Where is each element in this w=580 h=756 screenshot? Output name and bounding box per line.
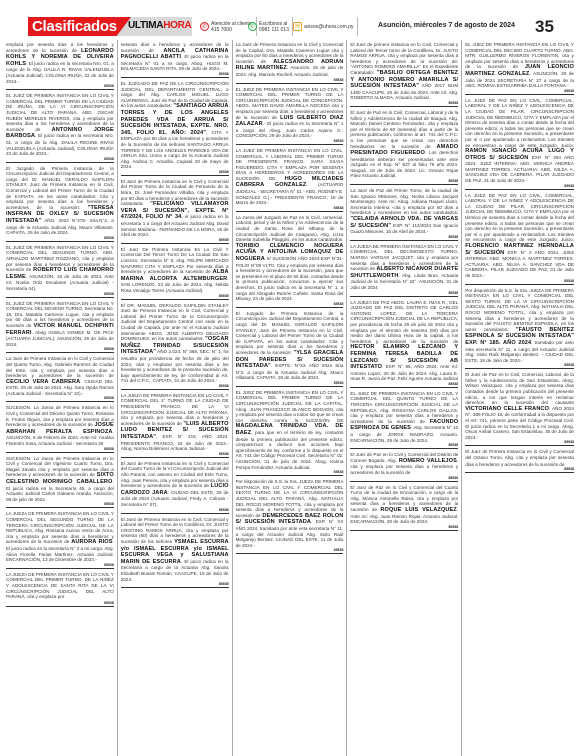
ad-code: 85538 bbox=[6, 502, 114, 506]
ad-decedent-name: VICTORIANO CELLE FRANCO bbox=[465, 406, 549, 412]
ad-code: 85538 bbox=[350, 291, 458, 295]
ad-code: 85538 bbox=[121, 294, 229, 298]
ad-code: 85538 bbox=[465, 440, 574, 444]
logo-accent: HORA bbox=[163, 20, 191, 31]
classified-ad: La Juez de Primera Instancia en lo Civil… bbox=[6, 354, 114, 402]
classified-ad: El Juzgado de Primera Instancia de la Ci… bbox=[236, 309, 344, 387]
classified-ad: EL JUEZ DE PRIMERA INSTANCIA EN LO CIVIL… bbox=[465, 40, 574, 95]
ad-code: 85538 bbox=[6, 396, 114, 400]
ad-decedent-name: ROQUE LUIS VELAZQUEZ bbox=[380, 507, 456, 513]
ad-text: La Juez de Paz del Primer Turno, de la c… bbox=[350, 188, 458, 215]
ad-code: 85538 bbox=[350, 443, 458, 447]
email-icon: ✉ bbox=[293, 22, 302, 31]
classified-ad: EL JUZGADO DE PAZ DE LA CIRCUNSCRIPCIÓN … bbox=[121, 79, 229, 176]
classified-ad: La Juez de Primera Instancia en lo Civil… bbox=[236, 40, 344, 84]
column-2: sesenta días a herederos y acreedores de… bbox=[118, 40, 233, 756]
newspaper-logo: ULTIMAHORA bbox=[128, 20, 191, 31]
ad-decedent-name: CECILIO VERA CABRERA bbox=[6, 379, 80, 385]
classified-ad: Por disposición de S.S. la Sra. JUEZA DE… bbox=[236, 477, 344, 554]
page-header: Clasificados ULTIMAHORA ✆ Atención al cl… bbox=[0, 0, 580, 38]
ad-text: La Jueza del Juzgado de Paz en lo Civil,… bbox=[236, 215, 344, 242]
classified-ad: LA JUEZA DE PRIMERA INSTANCIA EN LO CIVI… bbox=[350, 242, 458, 297]
ad-code: 85538 bbox=[121, 508, 229, 512]
classified-ad: El DR. MANUEL GERALDO SAIFILDIN STANLEY … bbox=[121, 301, 229, 390]
ad-code: 85538 bbox=[121, 452, 229, 456]
classified-ad: SUCESIÓN. La Jueza de Primera Instancia … bbox=[6, 403, 114, 452]
column-1: emplaza por sesenta días a los herederos… bbox=[3, 40, 118, 756]
classified-ad: EL JUEZ DE PRIMERA INSTANCIA EN LO CIVIL… bbox=[236, 85, 344, 145]
ad-text: El Juzgado de Primera Instancia de la Ci… bbox=[6, 166, 114, 210]
ad-text: LA JUEZ DE PAZ EN LO CIVIL, COMERCIAL, L… bbox=[465, 193, 574, 243]
ad-code: 85538 bbox=[6, 601, 114, 605]
ad-code: 85538 bbox=[236, 302, 344, 306]
ad-code: 85538 bbox=[6, 84, 114, 88]
ad-code: 85538 bbox=[121, 384, 229, 388]
contact-whatsapp-text: Escribinos al0981 111 013 bbox=[259, 21, 289, 33]
ad-code: 85538 bbox=[121, 170, 229, 174]
column-4: El Juez de primera instancia en lo Civil… bbox=[347, 40, 462, 756]
ad-code: 85538 bbox=[350, 101, 458, 105]
contact-email[interactable]: ✉ avisos@uhora.com.py bbox=[293, 17, 358, 36]
column-5: EL JUEZ DE PRIMERA INSTANCIA EN LO CIVIL… bbox=[462, 40, 577, 756]
logo-primary: ULTIMA bbox=[128, 20, 163, 31]
ad-text: LA JUEZ DE PAZ EN LO CIVIL, COMERCIAL, L… bbox=[465, 98, 574, 148]
classified-ad: El Juez de Paz en lo Civil y Comercial d… bbox=[350, 450, 458, 481]
classified-ad: EL JUEZ DE PRIMERA INSTANCIA EN LO CIVIL… bbox=[350, 389, 458, 449]
classified-ad: El Juez de Paz en lo Civil y Comercial d… bbox=[350, 483, 458, 531]
ad-code: 85538 bbox=[121, 238, 229, 242]
contact-phone-value: 415 7000 bbox=[211, 27, 232, 33]
ad-text-tail: , para que en el término de ley, contado… bbox=[236, 430, 344, 470]
ad-code: 85538 bbox=[350, 235, 458, 239]
ad-text-tail: , CITA Y EMPLAZA por 60 días a los hered… bbox=[121, 130, 229, 170]
classified-ad: El Juez de Primera Instancia en lo Civil… bbox=[121, 459, 229, 514]
ad-text: Por disposición de S.S. la Sra. JUEZA DE… bbox=[465, 288, 574, 332]
classified-ad: El Juez de Paz en lo Civil, Comercial, L… bbox=[350, 108, 458, 185]
ad-text: LA JUEZA DE PAZ ABOG. LAURA E. IMAS R., … bbox=[350, 300, 458, 344]
classifieds-columns: emplaza por sesenta días a los herederos… bbox=[3, 40, 577, 756]
ad-code: 85538 bbox=[6, 563, 114, 567]
ad-code: 85538 bbox=[465, 279, 574, 283]
classified-ad: El Juez de Primera Instancia en lo Civil… bbox=[121, 177, 229, 244]
ad-code: 85538 bbox=[236, 78, 344, 82]
classified-ad: LA JUEZA DE PRIMERA INSTANCIA EN LO CIVI… bbox=[121, 391, 229, 458]
ad-code: 85538 bbox=[350, 525, 458, 529]
classified-ad: sesenta días a herederos y acreedores de… bbox=[121, 40, 229, 78]
classified-ad: LA JUEZA DE PRIMERA INSTANCIA EN LO CIVI… bbox=[6, 570, 114, 607]
classified-ad: El Juez de Primera Instancia en lo Civil… bbox=[465, 447, 574, 473]
classified-ad: EL JUEZ DE PRIMERA INSTANCIA EN LO CIVIL… bbox=[6, 299, 114, 354]
classified-ad: El Juez de primera instancia en lo Civil… bbox=[350, 40, 458, 107]
classified-ad: LA JUEZA DE PRIMERA INSTANCIA EN LO CIVI… bbox=[6, 509, 114, 568]
column-3: La Juez de Primera Instancia en lo Civil… bbox=[233, 40, 348, 756]
ad-text: El Juzgado de Primera Instancia de la Ci… bbox=[236, 311, 344, 355]
classified-ad: LA JUEZ DE PAZ EN LO CIVIL, COMERCIAL, L… bbox=[465, 191, 574, 285]
classified-ad: El Juzgado de Primera Instancia de la Ci… bbox=[6, 164, 114, 242]
ad-code: 85538 bbox=[465, 467, 574, 471]
ad-code: 85538 bbox=[236, 470, 344, 474]
ad-code: 85538 bbox=[6, 347, 114, 351]
ad-code: 85538 bbox=[6, 447, 114, 451]
contact-phone-text: Atención al cliente:415 7000 bbox=[211, 21, 253, 33]
classified-ad: La Jueza del Juzgado de Paz en lo Civil,… bbox=[236, 213, 344, 308]
ad-text-tail: S/ SUCESIÓN AÑO 2024-EXP N°31-FOLIO N°09… bbox=[236, 256, 344, 301]
ad-code: 85538 bbox=[465, 363, 574, 367]
ad-code: 85538 bbox=[236, 139, 344, 143]
classified-ad: Por disposición de S.S. la Sra. JUEZA DE… bbox=[465, 286, 574, 370]
classified-ad: SUCESIÓN. La Jueza de Primera Instancia … bbox=[6, 454, 114, 509]
ad-code: 85538 bbox=[6, 236, 114, 240]
page-number: 35 bbox=[535, 17, 554, 37]
classified-ad: LA JUEZ DE PAZ EN LO CIVIL, COMERCIAL, L… bbox=[465, 96, 574, 190]
section-title: Clasificados bbox=[28, 17, 131, 36]
ad-code: 85538 bbox=[6, 292, 114, 296]
ad-code: 85538 bbox=[350, 382, 458, 386]
ad-text: La Juez de Primera Instancia en lo Civil… bbox=[6, 356, 114, 378]
ad-code: 85538 bbox=[465, 89, 574, 93]
classified-ad: La Juez de Paz del Primer Turno, de la c… bbox=[350, 186, 458, 241]
contact-whatsapp-value: 0981 111 013 bbox=[259, 27, 289, 33]
ad-text: El Juez de Paz en lo Civil, Comercial, L… bbox=[465, 372, 574, 405]
ad-code: 85538 bbox=[236, 381, 344, 385]
ad-text: LA JUEZA DE PRIMERA INSTANCIA EN LO CIVI… bbox=[6, 572, 114, 599]
classified-ad: El Juez de Primera Instancia en lo Civil… bbox=[121, 515, 229, 589]
ad-code: 85538 bbox=[6, 157, 114, 161]
ad-code: 85538 bbox=[465, 184, 574, 188]
classified-ad: LA JUEZ DE PRIMERA INSTANCIA EN LO CIVIL… bbox=[236, 146, 344, 212]
classified-ad: El Juez de Paz en lo Civil, Comercial, L… bbox=[465, 370, 574, 446]
ad-code: 85538 bbox=[121, 582, 229, 586]
ad-code: 85538 bbox=[350, 179, 458, 183]
classified-ad: EL JUEZ DE PRIMERA INSTANCIA EN LO CIVIL… bbox=[6, 243, 114, 298]
phone-icon: ✆ bbox=[200, 22, 209, 31]
classified-ad: LA JUEZA DE PAZ ABOG. LAURA E. IMAS R., … bbox=[350, 298, 458, 388]
classified-ad: EL JUEZ DE PRIMERA INSTANCIA EN LO CIVIL… bbox=[6, 91, 114, 163]
classified-ad: El Juez De Primera Instancia En Lo Civil… bbox=[121, 245, 229, 300]
ad-text: EL JUEZ DE PRIMERA INSTANCIA EN LO CIVIL… bbox=[236, 390, 344, 423]
ad-code: 85538 bbox=[350, 476, 458, 480]
ad-decedent-name: AURORA RIOS bbox=[71, 539, 112, 545]
ad-code: 85538 bbox=[236, 548, 344, 552]
dateline: Asunción, miércoles 7 de agosto de 2024 bbox=[378, 22, 515, 29]
contact-email-value: avisos@uhora.com.py bbox=[304, 24, 354, 30]
contact-whatsapp[interactable]: ✆ Escribinos al0981 111 013 bbox=[248, 17, 293, 36]
ad-code: 85538 bbox=[236, 206, 344, 210]
whatsapp-icon: ✆ bbox=[248, 22, 257, 31]
ad-decedent-name: ROMERO VALLEJOS bbox=[399, 458, 457, 464]
ad-code: 85538 bbox=[121, 72, 229, 76]
classified-ad: emplaza por sesenta días a los herederos… bbox=[6, 40, 114, 90]
classified-ad: EL JUEZ DE PRIMERA INSTANCIA EN LO CIVIL… bbox=[236, 388, 344, 476]
